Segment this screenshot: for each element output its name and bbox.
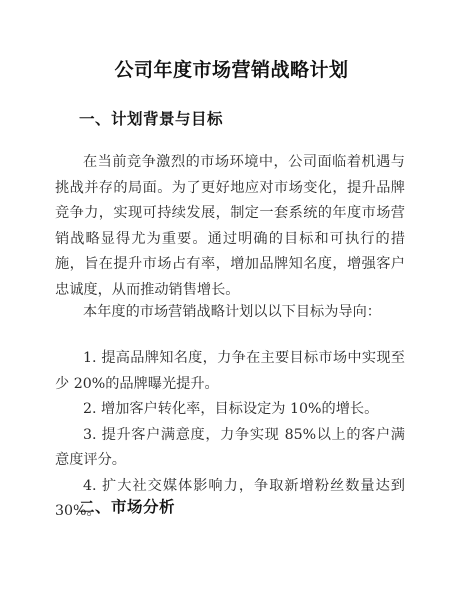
section-heading-background-goals: 一、计划背景与目标: [79, 108, 223, 130]
document-page: 公司年度市场营销战略计划 一、计划背景与目标 在当前竞争激烈的市场环境中，公司面…: [0, 0, 463, 600]
goal-item: 3. 提升客户满意度，力争实现 85%以上的客户满意度评分。: [55, 423, 405, 474]
document-title: 公司年度市场营销战略计划: [0, 58, 463, 82]
goal-item: 1. 提高品牌知名度，力争在主要目标市场中实现至少 20%的品牌曝光提升。: [55, 346, 405, 397]
goals-intro-paragraph: 本年度的市场营销战略计划以以下目标为导向：: [55, 300, 405, 326]
background-paragraph: 在当前竞争激烈的市场环境中，公司面临着机遇与挑战并存的局面。为了更好地应对市场变…: [55, 150, 405, 303]
section-heading-market-analysis: 二、市场分析: [79, 496, 175, 518]
goal-item: 2. 增加客户转化率，目标设定为 10%的增长。: [55, 397, 405, 423]
